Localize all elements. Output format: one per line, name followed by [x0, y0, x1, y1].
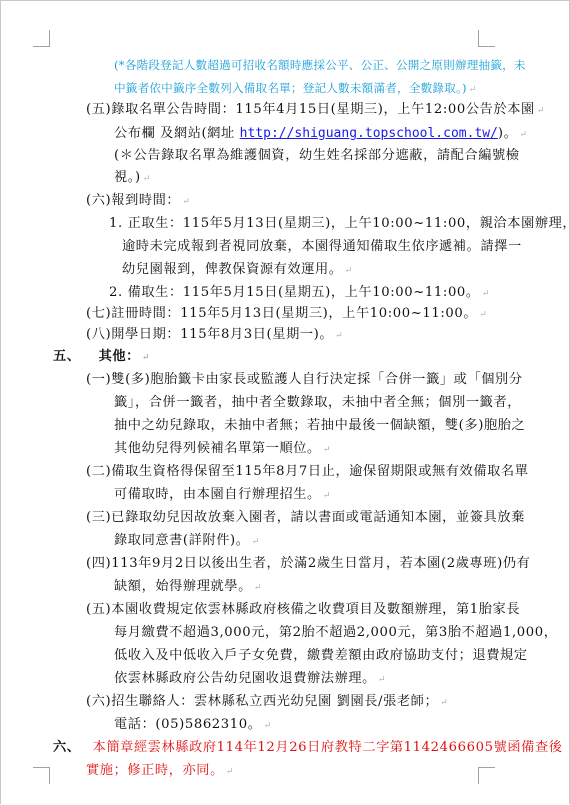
item6-sub2-line1: 2. 備取生：115年5月15日(星期五)，上午10:00~11:00。↵ — [109, 283, 490, 304]
item8-school-start-date: (八)開學日期：115年8月3日(星期一)。↵ — [86, 325, 343, 346]
section5-heading: 五、其他：↵ — [53, 347, 150, 368]
document-page: (*各階段登記人數超過可招收名額時應採公平、公正、公開之原則辦理抽籤，未 中籤者… — [0, 0, 570, 804]
other-item5-line2: 每月繳費不超過3,000元，第2胎不超過2,000元，第3胎不超過1,000， — [114, 623, 558, 642]
contact-phone: 電話：(05)5862310。↵ — [114, 715, 272, 736]
website-link[interactable]: http://shiguang.topschool.com.tw/ — [240, 126, 498, 141]
other-item1-line1: (一)雙(多)胞胎籤卡由家長或監護人自行決定採「合併一籤」或「個別分 — [86, 370, 523, 389]
item5-label: (五) — [86, 102, 111, 117]
other-item1-line2: 籤」，合併一籤者，抽中者全數錄取，未抽中者全無；個別一籤者， — [114, 393, 521, 412]
section6-line1: 六、本簡章經雲林縣政府114年12月26日府教特二字第1142466605號函備… — [53, 738, 563, 757]
other-item4-line2: 缺額，始得辦理就學。↵ — [114, 577, 262, 598]
other-item5-line4: 依雲林縣政府公告幼兒園收退費辦法辦理。↵ — [114, 669, 386, 690]
item6-title: (六)報到時間：↵ — [86, 191, 190, 212]
other-item6-line1: (六)招生聯絡人：雲林縣私立西光幼兒園 劉園長/張老師；↵ — [86, 692, 448, 713]
other-item5-line1: (五)本園收費規定依雲林縣政府核備之收費項目及數額辦理，第1胎家長 — [86, 600, 520, 619]
lottery-note-line2: 中籤者依中籤序全數列入備取名單；登記人數未額滿者，全數錄取。)↵ — [114, 79, 477, 100]
other-item3-line2: 錄取同意書(詳附件)。↵ — [114, 531, 260, 552]
other-item4-line1: (四)113年9月2日以後出生者，於滿2歲生日當月，若本園(2歲專班)仍有 — [86, 554, 530, 573]
other-item5-line3: 低收入及中低收入戶子女免費，繳費差額由政府協助支付；退費規定 — [114, 646, 528, 665]
margin-corner-bottom-left — [33, 767, 50, 784]
section6-line2: 實施；修正時，亦同。↵ — [86, 761, 234, 782]
item5-line3: (＊公告錄取名單為維護個資，幼生姓名採部分遮蔽，請配合編號檢 — [114, 146, 520, 165]
margin-corner-top-right — [478, 30, 495, 47]
other-item1-line4: 其他幼兒得列候補名單第一順位。↵ — [114, 439, 331, 460]
other-item1-line3: 抽中之幼兒錄取，未抽中者無；若抽中最後一個缺額，雙(多)胞胎之 — [114, 416, 525, 435]
item5-line4: 視。)↵ — [114, 168, 151, 189]
lottery-note-line1: (*各階段登記人數超過可招收名額時應採公平、公正、公開之原則辦理抽籤，未 — [114, 56, 526, 75]
other-item3-line1: (三)已錄取幼兒因故放棄入園者，請以書面或電話通知本園，並簽具放棄 — [86, 508, 525, 527]
item6-sub1-line1: 1. 正取生：115年5月13日(星期三)，上午10:00~11:00，親洽本園… — [109, 214, 570, 233]
item5-line1: (五)錄取名單公告時間：115年4月15日(星期三)，上午12:00公告於本園↵ — [86, 100, 545, 121]
item5-line2: 公布欄 及網站(網址 http://shiguang.topschool.com… — [114, 124, 528, 145]
item7-registration-time: (七)註冊時間：115年5月13日(星期三)，上午10:00~11:00。↵ — [86, 304, 487, 325]
item6-sub1-line3: 幼兒園報到，俾教保資源有效運用。↵ — [122, 260, 353, 281]
margin-corner-top-left — [33, 30, 50, 47]
other-item2-line2: 可備取時，由本園自行辦理招生。↵ — [114, 485, 331, 506]
other-item2-line1: (二)備取生資格得保留至115年8月7日止，逾保留期限或無有效備取名單 — [86, 462, 529, 481]
item6-sub1-line2: 逾時未完成報到者視同放棄，本園得通知備取生依序遞補。請擇一 — [122, 237, 522, 256]
margin-corner-bottom-right — [478, 767, 495, 784]
